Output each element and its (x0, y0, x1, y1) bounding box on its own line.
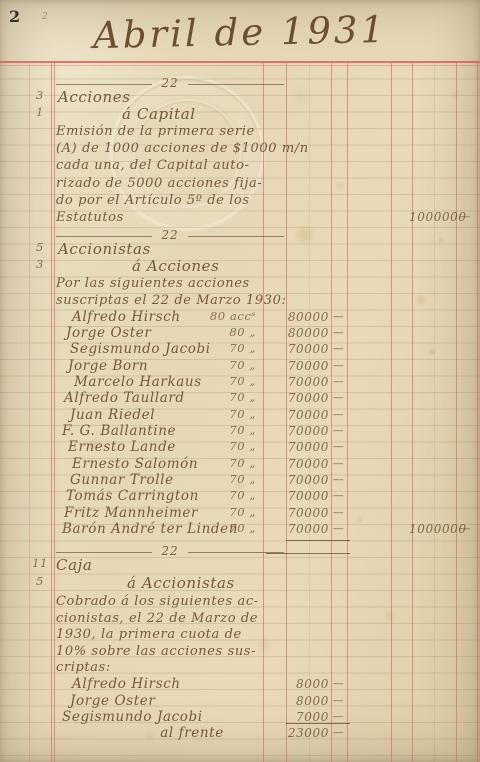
subscriber-name: Jorge Born (68, 360, 148, 374)
share-quantity: 80 accˢ (198, 311, 256, 323)
share-quantity: 70 „ (198, 507, 256, 519)
separator-day: 22 (161, 228, 178, 242)
cents-dash: — (331, 711, 346, 722)
narrative-line: cada una, del Capital auto- (56, 159, 250, 172)
separator-day: 22 (161, 76, 178, 90)
debit-account: Acciones (58, 90, 131, 105)
folio-reference: 1 (29, 107, 51, 119)
column-total-rule (286, 723, 350, 724)
narrative-line: cionistas, el 22 de Marzo de (56, 612, 258, 625)
cents-dash: — (331, 376, 346, 387)
subscriber-name: Ernesto Salomón (72, 458, 198, 472)
narrative-line: rizado de 5000 acciones fija- (56, 177, 262, 190)
debit-amount: 8000 (286, 695, 329, 707)
cents-dash: — (331, 392, 346, 403)
subscriber-name: Tomás Carrington (66, 490, 199, 504)
cents-dash: — (331, 474, 346, 485)
folio-reference: 3 (29, 90, 51, 102)
cents-dash: — (331, 695, 346, 706)
narrative-line: criptas: (56, 661, 111, 674)
debit-amount: 8000 (286, 678, 329, 690)
folio-reference: 5 (29, 242, 51, 254)
debit-amount: 70000 (286, 425, 329, 437)
ink-mark: 2 (42, 12, 48, 22)
debit-amount: 70000 (286, 360, 329, 372)
cents-dash: — (331, 458, 346, 469)
debit-amount: 70000 (286, 392, 329, 404)
carry-forward-amount: 23000 (286, 727, 329, 739)
narrative-line: 1930, la primera cuota de (56, 628, 242, 641)
debit-amount: 70000 (286, 441, 329, 453)
debit-account: Accionistas (58, 242, 151, 257)
cents-dash: — (331, 678, 346, 689)
subscription-row: Barón André ter Linden 70 „ 70000 — 1000… (0, 523, 480, 540)
header-rule (0, 61, 480, 63)
shareholder-name: Alfredo Hirsch (72, 678, 181, 692)
cents-dash: — (331, 360, 346, 371)
subscriber-name: Marcelo Harkaus (74, 376, 202, 390)
debit-amount: 70000 (286, 458, 329, 470)
debit-amount: 70000 (286, 490, 329, 502)
credit-account: á Capital (122, 107, 196, 122)
subscriber-name: Fritz Mannheimer (64, 507, 198, 521)
carry-forward-row: al frente 23000 — (0, 727, 480, 744)
debit-amount: 80000 (286, 311, 329, 323)
share-quantity: 70 „ (198, 425, 256, 437)
narrative-line: Cobrado á los siguientes ac- (56, 595, 259, 608)
credit-total-row: 1000000 — (0, 211, 480, 228)
page-number: 2 (9, 7, 20, 26)
subscriber-name: F. G. Ballantine (62, 425, 176, 439)
cents-dash: — (331, 523, 346, 534)
folio-reference: 11 (29, 558, 51, 570)
cents-dash: — (331, 311, 346, 322)
share-quantity: 70 „ (198, 376, 256, 388)
subscriber-name: Jorge Oster (66, 327, 151, 341)
folio-reference: 3 (29, 259, 51, 271)
narrative-line: (A) de 1000 acciones de $1000 m/n (56, 142, 309, 155)
subscriber-name: Ernesto Lande (68, 441, 176, 455)
debit-amount: 70000 (286, 376, 329, 388)
cents-dash: — (456, 523, 474, 534)
separator-line (188, 236, 284, 237)
share-quantity: 70 „ (198, 409, 256, 421)
separator-line (188, 84, 284, 85)
share-quantity: 70 „ (198, 441, 256, 453)
separator-line (56, 84, 152, 85)
journal-entry-debit-row: 11 Caja (0, 558, 480, 575)
share-quantity: 70 „ (198, 392, 256, 404)
header-rule-secondary (0, 65, 480, 66)
share-quantity: 70 „ (198, 523, 256, 535)
journal-entry-credit-row: 1 á Capital (0, 107, 480, 124)
narrative-line: do por el Artículo 5º de los (56, 194, 250, 207)
cents-dash: — (331, 727, 346, 738)
debit-amount: 70000 (286, 474, 329, 486)
carry-forward-label: al frente (122, 727, 262, 741)
subscriber-name: Gunnar Trolle (70, 474, 174, 488)
cents-dash: — (331, 409, 346, 420)
journal-entry-debit-row: 5 Accionistas (0, 242, 480, 259)
shareholder-name: Segismundo Jacobi (62, 711, 203, 725)
journal-entry-credit-row: 5 á Accionistas (0, 576, 480, 593)
cents-dash: — (331, 507, 346, 518)
cents-dash: — (331, 425, 346, 436)
folio-reference: 5 (29, 576, 51, 588)
page-title: Abril de 1931 (90, 11, 391, 54)
journal-entry-credit-row: 3 á Acciones (0, 259, 480, 276)
debit-amount: 80000 (286, 327, 329, 339)
credit-amount: 1000000 (409, 523, 455, 535)
debit-amount: 70000 (286, 507, 329, 519)
debit-account: Caja (56, 558, 92, 573)
cents-dash: — (331, 343, 346, 354)
journal-entry-debit-row: 3 Acciones (0, 90, 480, 107)
credit-account: á Acciones (132, 259, 219, 274)
column-total-rule (286, 540, 350, 541)
credit-account: á Accionistas (127, 576, 235, 591)
separator-line (188, 552, 284, 553)
cents-dash: — (331, 490, 346, 501)
subscriber-name: Segismundo Jacobi (70, 343, 211, 357)
narrative-line: suscriptas el 22 de Marzo 1930: (56, 294, 286, 307)
separator-line (56, 552, 152, 553)
credit-amount: 1000000 (409, 211, 455, 223)
subscriber-name: Juan Riedel (70, 409, 155, 423)
cents-dash: — (456, 211, 474, 222)
cents-dash: — (331, 327, 346, 338)
narrative-line: Emisión de la primera serie (56, 125, 255, 138)
share-quantity: 80 „ (198, 327, 256, 339)
shareholder-name: Jorge Oster (70, 695, 155, 709)
ledger-page: 2 2 Abril de 1931 22 3 Acciones 1 á Capi… (0, 0, 480, 762)
debit-amount: 70000 (286, 343, 329, 355)
share-quantity: 70 „ (198, 458, 256, 470)
narrative-line: Por las siguientes acciones (56, 277, 250, 290)
cents-dash: — (331, 441, 346, 452)
separator-line (56, 236, 152, 237)
debit-amount: 7000 (286, 711, 329, 723)
narrative-line: 10% sobre las acciones sus- (56, 645, 256, 658)
share-quantity: 70 „ (198, 360, 256, 372)
share-quantity: 70 „ (198, 474, 256, 486)
subscriber-name: Alfredo Taullard (64, 392, 185, 406)
separator-day: 22 (161, 544, 178, 558)
debit-amount: 70000 (286, 523, 329, 535)
debit-amount: 70000 (286, 409, 329, 421)
share-quantity: 70 „ (198, 490, 256, 502)
subscriber-name: Alfredo Hirsch (72, 311, 181, 325)
share-quantity: 70 „ (198, 343, 256, 355)
collection-row: Segismundo Jacobi 7000 — (0, 711, 480, 728)
